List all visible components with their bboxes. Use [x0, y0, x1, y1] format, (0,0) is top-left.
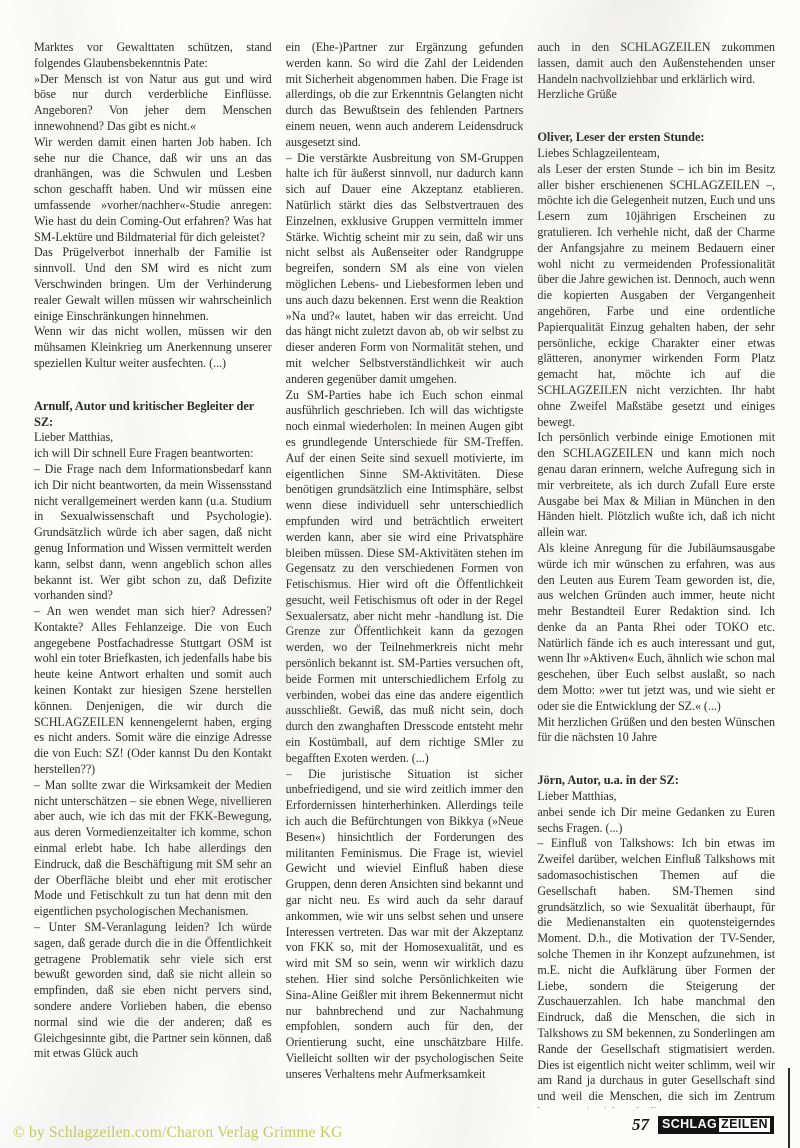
- paragraph: – Man sollte zwar die Wirksamkeit der Me…: [34, 778, 272, 920]
- column-2: ein (Ehe-)Partner zur Ergänzung gefunden…: [286, 40, 524, 1108]
- paragraph: ich will Dir schnell Eure Fragen beantwo…: [34, 446, 272, 462]
- section-heading: Jörn, Autor, u.a. in der SZ:: [537, 773, 775, 789]
- paragraph: Mit herzlichen Grüßen und den besten Wün…: [537, 715, 775, 747]
- paragraph: – An wen wendet man sich hier? Adressen?…: [34, 604, 272, 778]
- section-heading: Arnulf, Autor und kritischer Begleiter d…: [34, 399, 272, 431]
- logo-text-zeilen: ZEILEN: [719, 1118, 770, 1132]
- page-number: 57: [632, 1115, 649, 1135]
- column-3: auch in den SCHLAGZEILEN zukommen lassen…: [537, 40, 775, 1108]
- paragraph: – Unter SM-Veranlagung leiden? Ich würde…: [34, 920, 272, 1062]
- paragraph: Zu SM-Parties habe ich Euch schon einmal…: [286, 388, 524, 767]
- paragraph: Marktes vor Gewalttaten schützen, stand …: [34, 40, 272, 72]
- paragraph: Liebes Schlagzeilenteam,: [537, 146, 775, 162]
- paragraph: – Die verstärkte Ausbreitung von SM-Grup…: [286, 151, 524, 388]
- schlagzeilen-logo: SCHLAG ZEILEN: [658, 1116, 774, 1134]
- logo-text-schlag: SCHLAG: [662, 1118, 717, 1132]
- text-columns: Marktes vor Gewalttaten schützen, stand …: [34, 40, 775, 1108]
- paragraph: – Die juristische Situation ist sicher u…: [286, 767, 524, 1083]
- paragraph: »Der Mensch ist von Natur aus gut und wi…: [34, 72, 272, 135]
- paragraph: als Leser der ersten Stunde – ich bin im…: [537, 162, 775, 431]
- page-footer-right: 57 SCHLAG ZEILEN: [632, 1115, 774, 1135]
- paragraph: Das Prügelverbot innerhalb der Familie i…: [34, 245, 272, 324]
- paragraph: Herzliche Grüße: [537, 87, 775, 103]
- section-heading: Oliver, Leser der ersten Stunde:: [537, 130, 775, 146]
- paragraph: Als kleine Anregung für die Jubiläumsaus…: [537, 541, 775, 715]
- paragraph: Lieber Matthias,: [537, 789, 775, 805]
- copyright-notice: © by Schlagzeilen.com/Charon Verlag Grim…: [13, 1124, 343, 1142]
- magazine-page: Marktes vor Gewalttaten schützen, stand …: [0, 0, 800, 1148]
- page-edge-line: [788, 1068, 790, 1148]
- paragraph: anbei sende ich Dir meine Gedanken zu Eu…: [537, 805, 775, 837]
- column-1: Marktes vor Gewalttaten schützen, stand …: [34, 40, 272, 1108]
- paragraph: auch in den SCHLAGZEILEN zukommen lassen…: [537, 40, 775, 87]
- paragraph: Wenn wir das nicht wollen, müssen wir de…: [34, 324, 272, 371]
- paragraph: Wir werden damit einen harten Job haben.…: [34, 135, 272, 246]
- paragraph: ein (Ehe-)Partner zur Ergänzung gefunden…: [286, 40, 524, 151]
- paragraph: – Einfluß von Talkshows: Ich bin etwas i…: [537, 836, 775, 1108]
- paragraph: – Die Frage nach dem Informationsbedarf …: [34, 462, 272, 604]
- paragraph: Ich persönlich verbinde einige Emotionen…: [537, 430, 775, 541]
- paragraph: Lieber Matthias,: [34, 430, 272, 446]
